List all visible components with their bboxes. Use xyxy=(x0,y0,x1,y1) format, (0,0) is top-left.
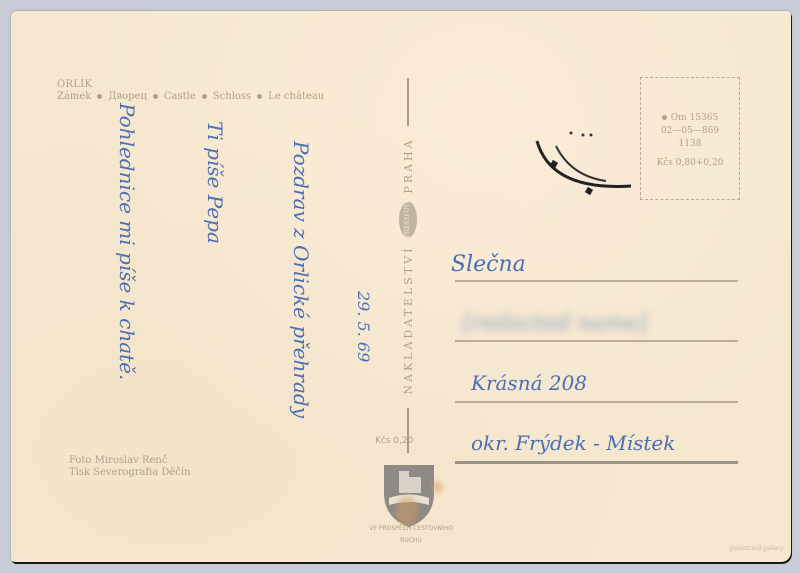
caption-ru: Дворец xyxy=(108,91,147,102)
publisher-imprint: NAKLADATELSTVÍ PRESSFOTO PRAHA xyxy=(399,137,417,394)
caption-en: Castle xyxy=(164,91,196,102)
stain xyxy=(396,496,418,526)
caption-fr: Le château xyxy=(268,91,324,102)
bullet-icon xyxy=(662,115,667,120)
caption-cs: Zámek xyxy=(57,91,91,102)
publisher-right: PRAHA xyxy=(402,137,415,193)
address-line-4: okr. Frýdek - Místek xyxy=(471,431,675,455)
pressfoto-logo-icon: PRESSFOTO xyxy=(399,202,417,238)
bullet-icon xyxy=(202,94,207,99)
credits: Foto Miroslav Renč Tisk Severografia Děč… xyxy=(69,455,191,479)
postmark-cancel-icon xyxy=(531,121,651,201)
postage-line-4: Kčs 0,80+0,20 xyxy=(641,157,739,170)
bullet-icon xyxy=(257,94,262,99)
address-rule-2 xyxy=(455,340,738,342)
message-date: 29. 5. 69 xyxy=(354,291,373,362)
address-rule-3 xyxy=(455,401,738,403)
bullet-icon xyxy=(97,94,102,99)
address-rule-4 xyxy=(455,461,738,464)
address-line-1: Slečna xyxy=(451,252,526,277)
postcard: ORLÍK ZámekДворецCastleSchlossLe château… xyxy=(11,11,791,562)
language-captions: ZámekДворецCastleSchlossLe château xyxy=(57,91,324,103)
postage-line-1: Om 15365 xyxy=(671,113,718,123)
message-column-3: Pozdrav z Orlické přehrady xyxy=(289,141,313,418)
print-credit: Tisk Severografia Děčín xyxy=(69,467,191,479)
message-column-1: Pohlednice mi píše k chatě. xyxy=(115,103,139,380)
publisher-left: NAKLADATELSTVÍ xyxy=(402,246,415,395)
message-column-2: Ti píše Pepa xyxy=(203,121,227,244)
watermark: @postcard.gallery xyxy=(729,545,784,552)
bullet-icon xyxy=(153,94,158,99)
address-line-3: Krásná 208 xyxy=(471,371,587,395)
caption-de: Schloss xyxy=(213,91,251,102)
emblem-motto: VE PROSPĚCH CESTOVNÍHO RUCHU xyxy=(361,523,461,547)
location-title: ORLÍK xyxy=(57,79,92,91)
postage-line-3: 1138 xyxy=(641,138,739,151)
emblem-price: Kčs 0,20 xyxy=(375,435,413,447)
postage-line-2: 02—05—869 xyxy=(641,125,739,138)
postage-box: Om 15365 02—05—869 1138 Kčs 0,80+0,20 xyxy=(640,77,740,200)
address-line-2-redacted: [redacted name] xyxy=(463,311,647,336)
stain xyxy=(431,481,443,493)
photo-credit: Foto Miroslav Renč xyxy=(69,455,191,467)
address-rule-1 xyxy=(455,280,738,282)
